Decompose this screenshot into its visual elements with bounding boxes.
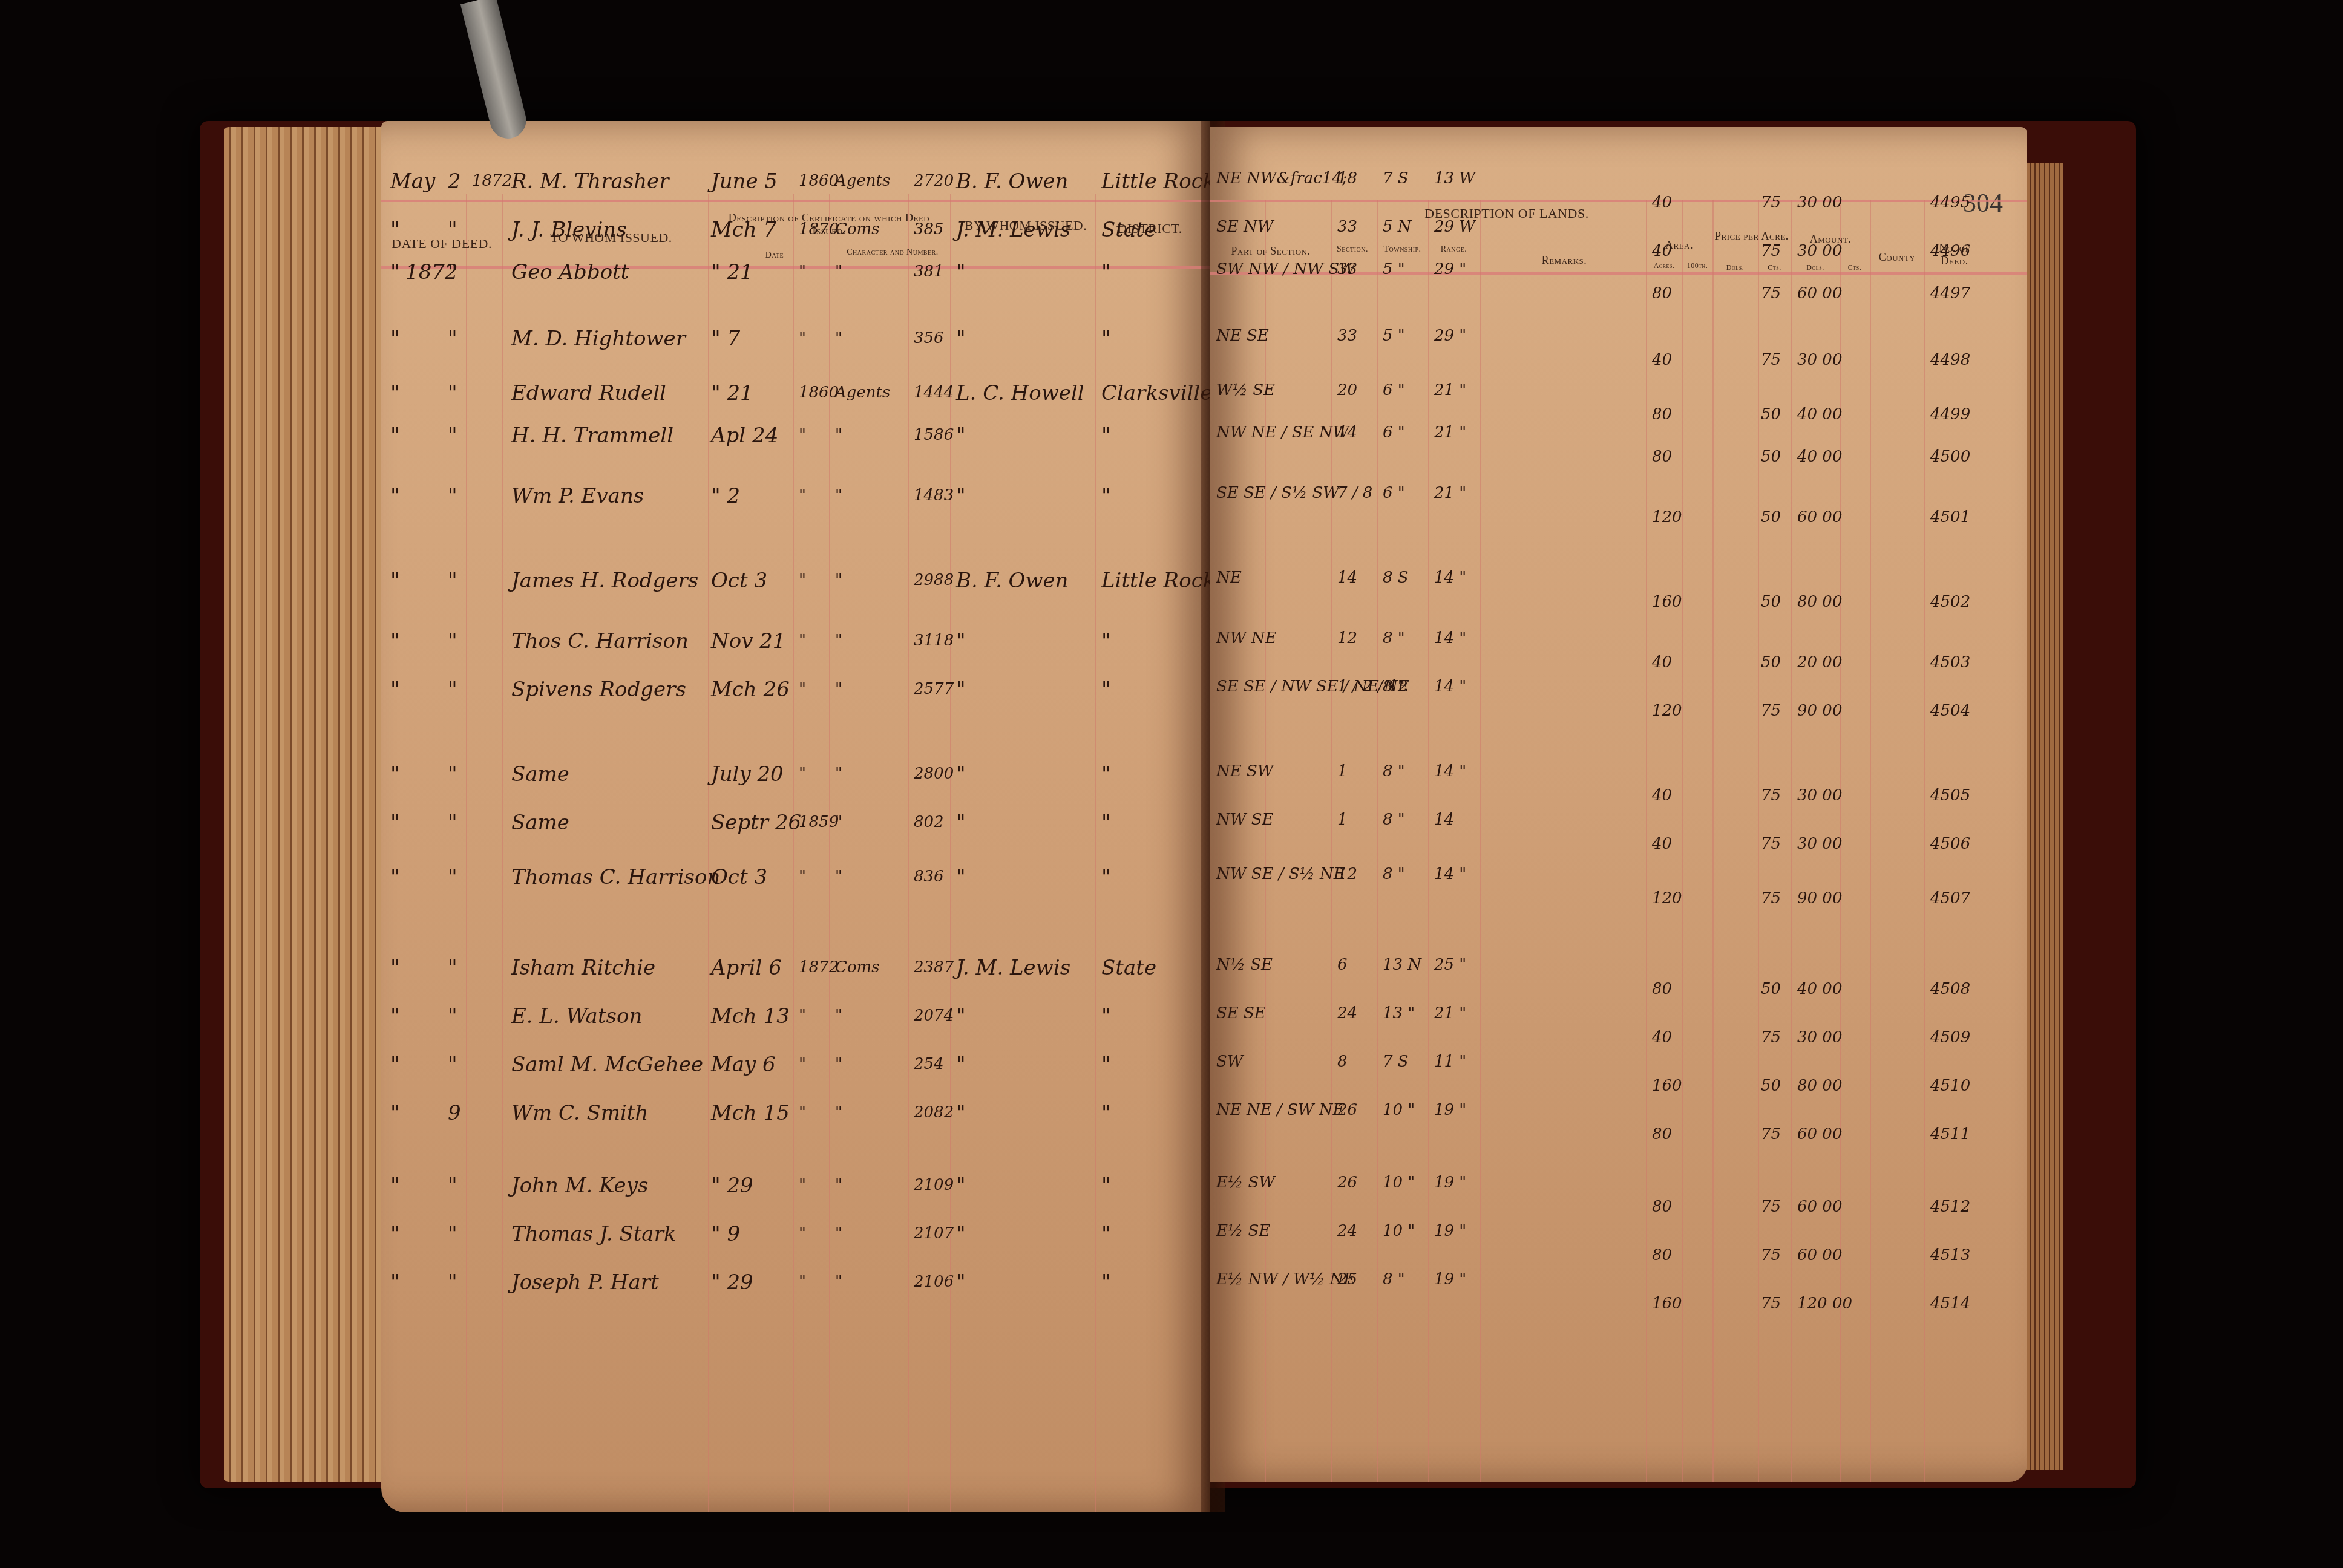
entry-price-per-acre: 50 (1761, 1077, 1781, 1095)
entry-part-of-section: SE SE (1216, 1004, 1266, 1022)
entry-acres: 80 (1652, 980, 1672, 998)
right-page: 304 DESCRIPTION OF LANDS. Part of Sectio… (1210, 127, 2027, 1482)
entry-cert-number: 2074 (914, 1007, 954, 1025)
entry-day: " (448, 423, 457, 448)
header-amount-dols: Dols. (1791, 263, 1840, 272)
entry-township: 8 " (1383, 1270, 1405, 1289)
entry-month: " (390, 762, 400, 786)
entry-cert-character: " (835, 571, 842, 589)
entry-deed-number: 4495 (1930, 194, 1970, 212)
entry-price-per-acre: 75 (1761, 351, 1781, 369)
entry-cert-number: 381 (914, 263, 944, 281)
entry-day: " (448, 260, 457, 284)
entry-district: " (1101, 1004, 1111, 1028)
entry-month: " (390, 1004, 400, 1028)
entry-range: 21 " (1434, 484, 1466, 502)
entry-district: " (1101, 1053, 1111, 1077)
entry-deed-number: 4510 (1930, 1077, 1970, 1095)
entry-range: 19 " (1434, 1222, 1466, 1240)
entry-township: 6 " (1383, 381, 1405, 399)
col-divider (1924, 200, 1925, 1482)
entry-deed-number: 4511 (1930, 1125, 1970, 1143)
col-divider (1480, 200, 1481, 1482)
entry-section: 24 (1337, 1222, 1357, 1240)
header-cert-date: Date (744, 251, 805, 261)
entry-cert-year: " (799, 329, 806, 347)
entry-cert-year: " (799, 426, 806, 444)
entry-district: " (1101, 762, 1111, 786)
col-divider (1377, 200, 1378, 1482)
entry-day: 2 (448, 169, 461, 194)
entry-range: 19 " (1434, 1270, 1466, 1289)
col-divider (1758, 200, 1759, 1482)
entry-amount: 90 00 (1797, 889, 1842, 907)
entry-day: " (448, 865, 457, 889)
entry-cert-number: 802 (914, 813, 944, 831)
entry-township: 7 S (1383, 169, 1409, 188)
header-remarks: Remarks. (1489, 254, 1640, 267)
entry-section: 33 (1337, 260, 1357, 278)
entry-grantee-name: Wm P. Evans (511, 484, 644, 508)
entry-day: " (448, 381, 457, 405)
entry-issued-by: " (956, 678, 966, 702)
entry-acres: 80 (1652, 1198, 1672, 1216)
entry-cert-year: 1860 (799, 384, 839, 402)
entry-cert-date: Oct 3 (711, 865, 767, 889)
entry-acres: 40 (1652, 351, 1672, 369)
col-divider (1646, 200, 1647, 1482)
entry-cert-date: Septr 26 (711, 811, 801, 835)
entry-range: 19 " (1434, 1174, 1466, 1192)
entry-grantee-name: Thomas J. Stark (511, 1222, 677, 1246)
entry-section: 24 (1337, 1004, 1357, 1022)
entry-section: 33 (1337, 327, 1357, 345)
entry-section: 1 (1337, 762, 1348, 780)
entry-cert-date: " 7 (711, 327, 740, 351)
entry-issued-by: " (956, 1270, 966, 1295)
entry-township: 10 " (1383, 1222, 1415, 1240)
header-price-cts: Cts. (1758, 263, 1791, 272)
entry-acres: 40 (1652, 1028, 1672, 1047)
entry-cert-date: Apl 24 (711, 423, 778, 448)
entry-amount: 40 00 (1797, 405, 1842, 423)
entry-amount: 60 00 (1797, 1198, 1842, 1216)
entry-cert-character: " (835, 1055, 842, 1073)
header-township: Township. (1377, 245, 1428, 255)
entry-cert-number: 836 (914, 867, 944, 886)
entry-section: 26 (1337, 1101, 1357, 1119)
entry-issued-by: " (956, 1004, 966, 1028)
entry-township: 8 " (1383, 762, 1405, 780)
header-price-per-acre: Price per Acre. (1712, 230, 1791, 243)
entry-range: 14 " (1434, 762, 1466, 780)
entry-section: 18 (1337, 169, 1357, 188)
entry-part-of-section: SW NW / NW SW (1216, 260, 1355, 278)
entry-day: " (448, 484, 457, 508)
entry-cert-character: " (835, 632, 842, 650)
entry-issued-by: " (956, 865, 966, 889)
entry-amount: 30 00 (1797, 786, 1842, 805)
entry-cert-number: 356 (914, 329, 944, 347)
entry-part-of-section: NE NW&frac14; (1216, 169, 1348, 188)
entry-range: 13 W (1434, 169, 1475, 188)
entry-cert-year: " (799, 1224, 806, 1243)
entry-district: " (1101, 1270, 1111, 1295)
entry-cert-character: Coms (835, 958, 880, 976)
entry-price-per-acre: 50 (1761, 508, 1781, 526)
entry-price-per-acre: 50 (1761, 405, 1781, 423)
entry-amount: 60 00 (1797, 284, 1842, 302)
entry-amount: 30 00 (1797, 835, 1842, 853)
entry-grantee-name: Joseph P. Hart (511, 1270, 659, 1295)
entry-township: 13 " (1383, 1004, 1415, 1022)
entry-cert-year: " (799, 1103, 806, 1122)
entry-amount: 60 00 (1797, 1125, 1842, 1143)
entry-cert-character: " (835, 486, 842, 505)
entry-cert-date: " 29 (711, 1270, 753, 1295)
entry-deed-number: 4503 (1930, 653, 1970, 671)
col-divider (708, 194, 709, 1512)
entry-deed-number: 4500 (1930, 448, 1970, 466)
entry-range: 14 " (1434, 678, 1466, 696)
entry-cert-year: 1872 (799, 958, 839, 976)
entry-cert-date: Mch 15 (711, 1101, 790, 1125)
entry-issued-by: " (956, 1053, 966, 1077)
entry-cert-character: " (835, 1103, 842, 1122)
entry-acres: 80 (1652, 448, 1672, 466)
entry-amount: 20 00 (1797, 653, 1842, 671)
entry-month: " (390, 1101, 400, 1125)
entry-day: " (448, 1222, 457, 1246)
entry-range: 14 " (1434, 629, 1466, 647)
entry-range: 14 " (1434, 569, 1466, 587)
entry-price-per-acre: 75 (1761, 1028, 1781, 1047)
entry-day: " (448, 218, 457, 242)
entry-grantee-name: Same (511, 762, 569, 786)
entry-township: 7 S (1383, 1053, 1409, 1071)
col-divider (908, 194, 909, 1512)
entry-grantee-name: Spivens Rodgers (511, 678, 686, 702)
entry-part-of-section: NE SE (1216, 327, 1269, 345)
col-divider (793, 194, 794, 1512)
entry-grantee-name: J. J. Blevins (511, 218, 627, 242)
entry-district: State (1101, 956, 1156, 980)
entry-district: " (1101, 1174, 1111, 1198)
entry-grantee-name: James H. Rodgers (511, 569, 698, 593)
entry-cert-number: 2387 (914, 958, 954, 976)
entry-part-of-section: E½ NW / W½ NE (1216, 1270, 1355, 1289)
entry-cert-year: 1859 (799, 813, 839, 831)
entry-district: Little Rock (1101, 569, 1210, 593)
entry-range: 29 " (1434, 260, 1466, 278)
entry-district: " (1101, 629, 1111, 653)
entry-issued-by: " (956, 762, 966, 786)
header-amount-cts: Cts. (1840, 263, 1870, 272)
entry-district: " (1101, 1101, 1111, 1125)
entry-acres: 120 (1652, 508, 1682, 526)
entry-cert-character: " (835, 1176, 842, 1194)
entry-price-per-acre: 75 (1761, 786, 1781, 805)
entry-section: 26 (1337, 1174, 1357, 1192)
entry-cert-number: 2107 (914, 1224, 954, 1243)
entry-section: 25 (1337, 1270, 1357, 1289)
entry-township: 13 N (1383, 956, 1421, 974)
entry-cert-date: " 21 (711, 260, 753, 284)
entry-amount: 60 00 (1797, 508, 1842, 526)
col-divider (466, 194, 467, 1512)
entry-month: " (390, 1174, 400, 1198)
entry-deed-number: 4512 (1930, 1198, 1970, 1216)
entry-cert-date: June 5 (711, 169, 778, 194)
entry-township: 8 " (1383, 629, 1405, 647)
entry-township: 8 " (1383, 811, 1405, 829)
entry-part-of-section: E½ SW (1216, 1174, 1275, 1192)
entry-part-of-section: NW SE (1216, 811, 1274, 829)
entry-cert-character: " (835, 680, 842, 698)
entry-deed-number: 4497 (1930, 284, 1970, 302)
entry-range: 19 " (1434, 1101, 1466, 1119)
entry-amount: 120 00 (1797, 1295, 1852, 1313)
entry-month: May (390, 169, 435, 194)
entry-cert-character: Coms (835, 220, 880, 238)
entry-acres: 80 (1652, 284, 1672, 302)
entry-issued-by: B. F. Owen (956, 569, 1069, 593)
entry-price-per-acre: 75 (1761, 284, 1781, 302)
entry-day: " (448, 1053, 457, 1077)
entry-month: " (390, 865, 400, 889)
entry-cert-number: 3118 (914, 632, 954, 650)
entry-cert-year: 1860 (799, 172, 839, 190)
entry-part-of-section: SE SE / S½ SW (1216, 484, 1339, 502)
entry-cert-number: 2082 (914, 1103, 954, 1122)
entry-township: 5 " (1383, 260, 1405, 278)
header-price-dols: Dols. (1712, 263, 1758, 272)
entry-amount: 80 00 (1797, 1077, 1842, 1095)
entry-cert-character: " (835, 765, 842, 783)
entry-deed-number: 4499 (1930, 405, 1970, 423)
header-county: County (1870, 251, 1924, 264)
entry-issued-by: " (956, 260, 966, 284)
entry-issued-by: " (956, 1222, 966, 1246)
entry-section: 12 (1337, 629, 1357, 647)
entry-acres: 160 (1652, 1077, 1682, 1095)
entry-cert-year: " (799, 1176, 806, 1194)
entry-acres: 160 (1652, 593, 1682, 611)
entry-amount: 60 00 (1797, 1246, 1842, 1264)
entry-cert-number: 2109 (914, 1176, 954, 1194)
entry-grantee-name: Thos C. Harrison (511, 629, 689, 653)
entry-price-per-acre: 75 (1761, 702, 1781, 720)
entry-deed-number: 4507 (1930, 889, 1970, 907)
entry-month: " (390, 381, 400, 405)
entry-grantee-name: John M. Keys (511, 1174, 648, 1198)
header-section: Section. (1328, 245, 1377, 255)
entry-day: " (448, 1174, 457, 1198)
entry-acres: 120 (1652, 889, 1682, 907)
entry-cert-character: Agents (835, 384, 890, 402)
entry-cert-year: " (799, 571, 806, 589)
entry-month: " (390, 1270, 400, 1295)
entry-acres: 120 (1652, 702, 1682, 720)
entry-price-per-acre: 50 (1761, 980, 1781, 998)
entry-township: 6 " (1383, 484, 1405, 502)
left-page: DATE OF DEED. TO WHOM ISSUED. Descriptio… (381, 121, 1210, 1512)
entry-month: " (390, 678, 400, 702)
entry-price-per-acre: 50 (1761, 653, 1781, 671)
entry-cert-number: 1483 (914, 486, 954, 505)
entry-issued-by: " (956, 327, 966, 351)
entry-district: " (1101, 423, 1111, 448)
entry-part-of-section: NE SW (1216, 762, 1274, 780)
header-rule-top (381, 200, 1210, 202)
entry-section: 14 (1337, 423, 1357, 442)
entry-range: 29 " (1434, 327, 1466, 345)
entry-price-per-acre: 75 (1761, 1198, 1781, 1216)
entry-cert-character: Agents (835, 172, 890, 190)
page-edges-right (2021, 163, 2063, 1470)
entry-month: " (390, 1053, 400, 1077)
entry-issued-by: " (956, 811, 966, 835)
entry-month: " (390, 423, 400, 448)
entry-issued-by: J. M. Lewis (956, 218, 1070, 242)
entry-cert-character: " (835, 867, 842, 886)
entry-section: 12 (1337, 865, 1357, 883)
entry-township: 8 S (1383, 569, 1409, 587)
entry-cert-year: " (799, 867, 806, 886)
entry-cert-date: Mch 26 (711, 678, 790, 702)
entry-grantee-name: Thomas C. Harrison (511, 865, 720, 889)
entry-range: 29 W (1434, 218, 1475, 236)
entry-price-per-acre: 75 (1761, 1295, 1781, 1313)
entry-issued-by: " (956, 1101, 966, 1125)
entry-cert-character: " (835, 1007, 842, 1025)
entry-issued-by: L. C. Howell (956, 381, 1084, 405)
entry-deed-number: 4501 (1930, 508, 1970, 526)
entry-cert-date: May 6 (711, 1053, 776, 1077)
entry-section: 7 / 8 (1337, 484, 1372, 502)
entry-part-of-section: W½ SE (1216, 381, 1275, 399)
entry-day: " (448, 762, 457, 786)
entry-part-of-section: NE NE / SW NE (1216, 1101, 1345, 1119)
entry-day: 9 (448, 1101, 461, 1125)
entry-part-of-section: N½ SE (1216, 956, 1273, 974)
entry-cert-year: " (799, 486, 806, 505)
entry-range: 25 " (1434, 956, 1466, 974)
entry-cert-number: 2577 (914, 680, 954, 698)
entry-cert-number: 2106 (914, 1273, 954, 1291)
entry-section: 8 (1337, 1053, 1348, 1071)
entry-section: 20 (1337, 381, 1357, 399)
entry-acres: 80 (1652, 405, 1672, 423)
entry-district: " (1101, 678, 1111, 702)
entry-deed-number: 4509 (1930, 1028, 1970, 1047)
entry-district: " (1101, 327, 1111, 351)
entry-cert-number: 385 (914, 220, 944, 238)
entry-acres: 160 (1652, 1295, 1682, 1313)
entry-acres: 40 (1652, 835, 1672, 853)
entry-month: " (390, 569, 400, 593)
entry-cert-date: Nov 21 (711, 629, 786, 653)
entry-deed-number: 4496 (1930, 242, 1970, 260)
entry-grantee-name: H. H. Trammell (511, 423, 673, 448)
entry-month: " (390, 956, 400, 980)
entry-cert-date: " 9 (711, 1222, 740, 1246)
entry-cert-number: 2800 (914, 765, 954, 783)
entry-part-of-section: NW SE / S½ NE (1216, 865, 1345, 883)
entry-price-per-acre: 50 (1761, 593, 1781, 611)
col-divider (1095, 194, 1096, 1512)
entry-part-of-section: NW NE / SE NW (1216, 423, 1349, 442)
entry-cert-date: " 21 (711, 381, 753, 405)
entry-day: " (448, 1004, 457, 1028)
entry-cert-number: 2988 (914, 571, 954, 589)
entry-township: 5 N (1383, 218, 1412, 236)
entry-day: " (448, 327, 457, 351)
entry-amount: 30 00 (1797, 194, 1842, 212)
entry-cert-year: " (799, 1273, 806, 1291)
entry-part-of-section: SW (1216, 1053, 1244, 1071)
col-divider (1870, 200, 1871, 1482)
entry-amount: 40 00 (1797, 980, 1842, 998)
entry-district: Little Rock (1101, 169, 1210, 194)
entry-range: 21 " (1434, 381, 1466, 399)
entry-deed-number: 4504 (1930, 702, 1970, 720)
entry-issued-by: " (956, 423, 966, 448)
entry-cert-year: 1870 (799, 220, 839, 238)
entry-range: 14 " (1434, 865, 1466, 883)
entry-acres: 40 (1652, 786, 1672, 805)
entry-cert-year: " (799, 765, 806, 783)
header-date-of-deed: DATE OF DEED. (387, 236, 496, 252)
entry-price-per-acre: 50 (1761, 448, 1781, 466)
entry-cert-number: 1586 (914, 426, 954, 444)
entry-part-of-section: E½ SE (1216, 1222, 1270, 1240)
entry-issued-by: " (956, 484, 966, 508)
entry-price-per-acre: 75 (1761, 889, 1781, 907)
entry-deed-number: 4506 (1930, 835, 1970, 853)
entry-price-per-acre: 75 (1761, 1246, 1781, 1264)
entry-grantee-name: R. M. Thrasher (511, 169, 669, 194)
col-divider (1428, 200, 1429, 1482)
entry-grantee-name: E. L. Watson (511, 1004, 642, 1028)
entry-day: " (448, 569, 457, 593)
entry-amount: 30 00 (1797, 351, 1842, 369)
entry-section: 6 (1337, 956, 1348, 974)
entry-grantee-name: Same (511, 811, 569, 835)
entry-month: " (390, 629, 400, 653)
entry-day: " (448, 678, 457, 702)
entry-cert-number: 1444 (914, 384, 954, 402)
entry-deed-number: 4502 (1930, 593, 1970, 611)
entry-month: " (390, 1222, 400, 1246)
entry-cert-year: " (799, 1007, 806, 1025)
entry-price-per-acre: 75 (1761, 242, 1781, 260)
entry-range: 14 (1434, 811, 1454, 829)
entry-cert-date: Oct 3 (711, 569, 767, 593)
entry-section: 1 (1337, 811, 1348, 829)
entry-district: " (1101, 260, 1111, 284)
entry-range: 11 " (1434, 1053, 1466, 1071)
entry-section: 14 (1337, 569, 1357, 587)
entry-amount: 90 00 (1797, 702, 1842, 720)
entry-deed-number: 4505 (1930, 786, 1970, 805)
entry-deed-number: 4498 (1930, 351, 1970, 369)
entry-month: " (390, 811, 400, 835)
entry-cert-date: April 6 (711, 956, 782, 980)
entry-amount: 40 00 (1797, 448, 1842, 466)
entry-cert-year: " (799, 1055, 806, 1073)
entry-township: 8 " (1383, 865, 1405, 883)
